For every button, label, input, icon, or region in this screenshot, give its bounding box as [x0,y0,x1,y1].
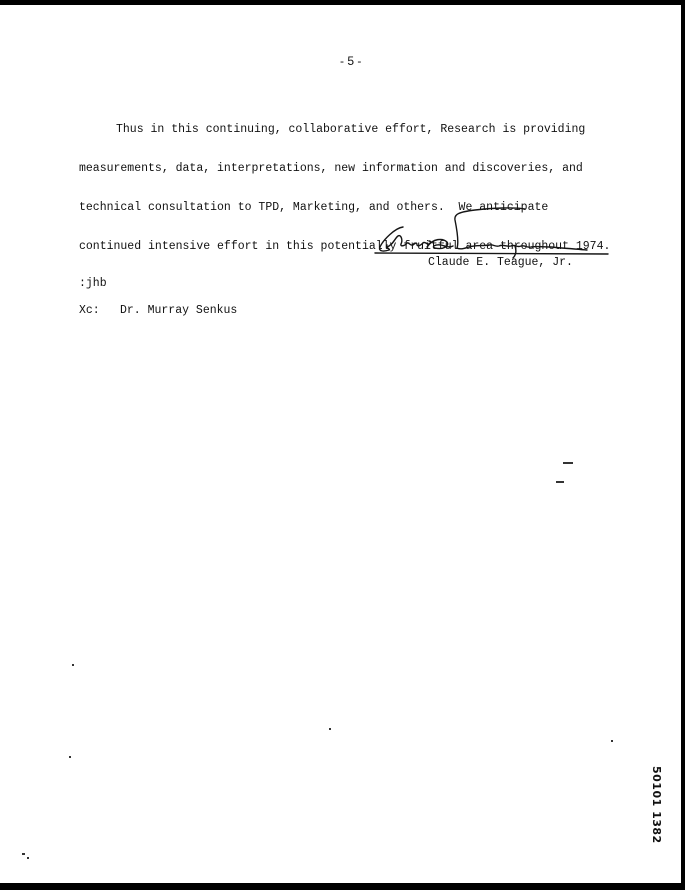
paragraph-line: Thus in this continuing, collaborative e… [79,123,610,136]
cc-line: Xc:Dr. Murray Senkus [79,304,237,317]
cc-recipient: Dr. Murray Senkus [120,304,237,317]
page-number: - 5 - [340,55,361,68]
scan-speck [611,740,613,742]
scan-speck [329,728,331,730]
scan-speck [556,481,564,483]
scan-border-right [681,0,685,890]
typist-initials: :jhb [79,277,107,290]
scan-border-top [0,0,685,5]
scan-speck [27,857,29,859]
scan-border-bottom [0,883,685,890]
scan-speck [22,853,25,855]
scan-speck [69,756,71,758]
document-id: 50101 1382 [650,766,663,844]
signer-name: Claude E. Teague, Jr. [428,256,573,269]
cc-label: Xc: [79,304,120,317]
scan-speck [72,664,74,666]
signature-icon [365,200,615,262]
scan-speck [563,462,573,464]
paragraph-line: measurements, data, interpretations, new… [79,162,610,175]
